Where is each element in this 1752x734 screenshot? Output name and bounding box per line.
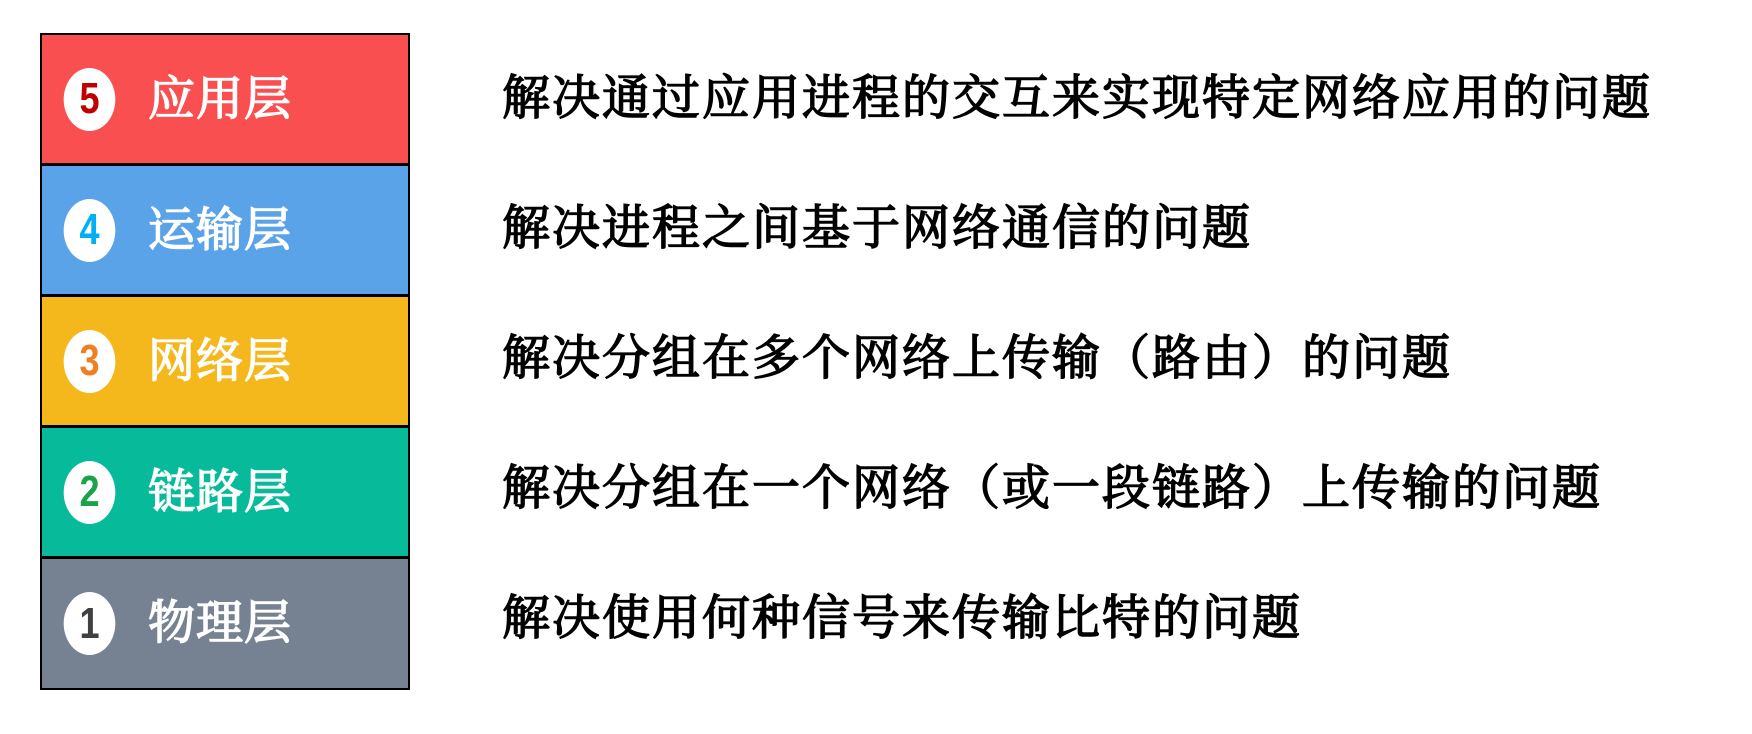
layer-physical: 1 物理层 (42, 559, 408, 688)
layer-application: 5 应用层 (42, 35, 408, 166)
layer-name: 运输层 (148, 207, 292, 254)
layer-number-badge: 4 (64, 199, 116, 262)
layer-descriptions: 解决通过应用进程的交互来实现特定网络应用的问题 解决进程之间基于网络通信的问题 … (502, 33, 1742, 683)
layer-transport: 4 运输层 (42, 166, 408, 297)
description-link: 解决分组在一个网络（或一段链路）上传输的问题 (502, 423, 1742, 553)
layer-number-badge: 3 (64, 330, 116, 393)
description-application: 解决通过应用进程的交互来实现特定网络应用的问题 (502, 33, 1742, 163)
layer-number-badge: 1 (64, 592, 116, 655)
layer-number-badge: 5 (64, 68, 116, 131)
layer-name: 网络层 (148, 338, 292, 385)
layer-network: 3 网络层 (42, 297, 408, 428)
layer-name: 物理层 (148, 600, 292, 647)
layer-name: 应用层 (148, 76, 292, 123)
description-transport: 解决进程之间基于网络通信的问题 (502, 163, 1742, 293)
layer-name: 链路层 (148, 469, 292, 516)
layer-number-badge: 2 (64, 461, 116, 524)
description-physical: 解决使用何种信号来传输比特的问题 (502, 553, 1742, 683)
description-network: 解决分组在多个网络上传输（路由）的问题 (502, 293, 1742, 423)
layer-stack: 5 应用层 4 运输层 3 网络层 2 链路层 1 物理层 (40, 33, 410, 690)
layer-link: 2 链路层 (42, 428, 408, 559)
